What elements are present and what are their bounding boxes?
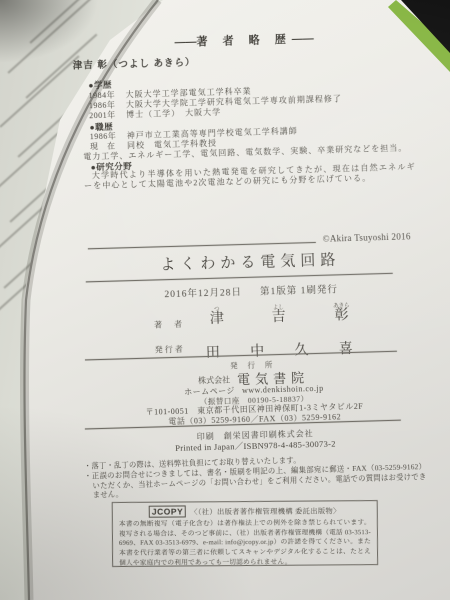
author-bio-header-text: 著 者 略 歴 — [196, 34, 291, 49]
printing-info: 第1版第 1刷発行 — [260, 285, 338, 297]
education-entry: 2001年博士（工学） 大阪大学 — [89, 107, 221, 122]
book-photo: ――著 者 略 歴―― 津吉 彰（つよし あきら） ●学歴 1984年大阪大学工… — [0, 0, 450, 600]
edition-line: 2016年12月28日第1版第 1刷発行 — [86, 279, 416, 302]
kanji: 中 — [250, 340, 265, 360]
jcopy-body-text: 本書の無断複写（電子化含む）は著作権法上での例外を除き禁じられています。複写され… — [119, 518, 371, 568]
author-label: 著 者 — [154, 319, 184, 331]
kanji: 久 — [294, 339, 309, 359]
jcopy-logo: JCOPY — [149, 505, 186, 517]
book-title: よくわかる電気回路 — [85, 246, 415, 276]
publish-date: 2016年12月28日 — [164, 288, 242, 300]
jcopy-header-text: 〈（社）出版者著作権管理機構 委託出版物〉 — [190, 506, 340, 516]
company-prefix: 株式会社 — [198, 375, 230, 385]
author-bio-header: ――著 者 略 歴―― — [79, 27, 409, 52]
author-kanji-name: つ津 よし吉 あきら彰 — [210, 303, 351, 327]
edition-gap — [242, 295, 260, 296]
publisher-label: 発行者 — [155, 344, 185, 356]
name-char: よし吉 — [271, 305, 286, 325]
kanji: 津 — [210, 312, 224, 327]
kanji: 喜 — [338, 338, 353, 358]
header-dash-right: ―― — [292, 33, 314, 46]
jcopy-box: JCOPY〈（社）出版者著作権管理機構 委託出版物〉 本書の無断複写（電子化含む… — [112, 500, 378, 567]
kanji: 彰 — [334, 308, 348, 323]
page-content: ――著 者 略 歴―― 津吉 彰（つよし あきら） ●学歴 1984年大阪大学工… — [54, 15, 435, 600]
entry-text: 博士（工学） 大阪大学 — [126, 108, 221, 120]
author-name-line: 津吉 彰（つよし あきら） — [73, 54, 196, 71]
research-paragraph: 大学時代より半導体を用いた熱電発電を研究してきたが、現在は自然エネルギーを中心と… — [84, 162, 416, 191]
divider-rule — [88, 242, 316, 249]
copyright-line: ©Akira Tsuyoshi 2016 — [323, 231, 411, 243]
name-char: あきら彰 — [333, 303, 350, 323]
entry-year: 2001年 — [89, 109, 126, 121]
kanji: 吉 — [271, 310, 285, 325]
kanji: 田 — [206, 342, 221, 362]
header-dash-left: ―― — [174, 36, 196, 49]
jcopy-header: JCOPY〈（社）出版者著作権管理機構 委託出版物〉 — [113, 504, 377, 518]
name-char: つ津 — [210, 307, 225, 327]
